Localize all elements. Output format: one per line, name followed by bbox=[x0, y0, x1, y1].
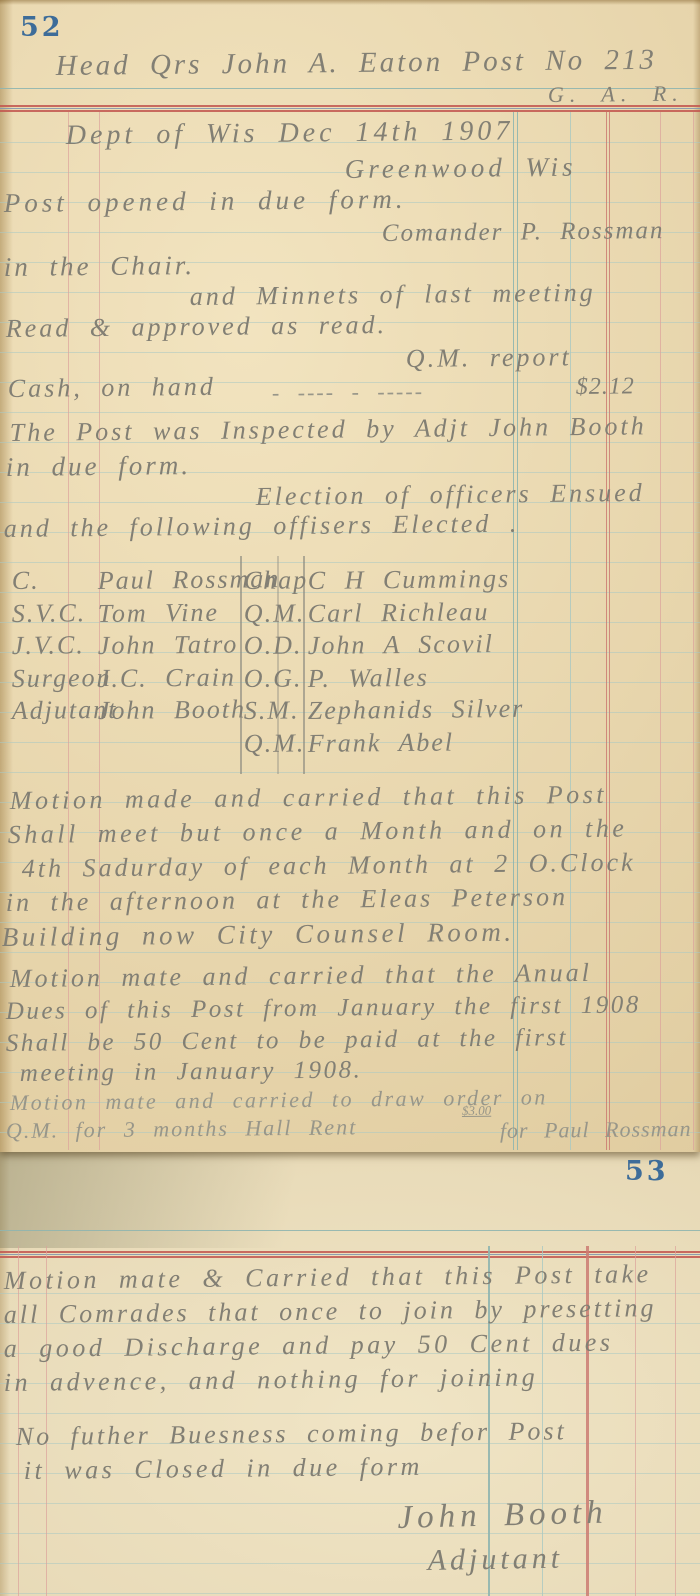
header-title: Head Qrs John A. Eaton Post No 213 bbox=[56, 44, 657, 84]
handwritten-line: Building now City Counsel Room. bbox=[2, 917, 515, 953]
handwritten-line: Dept of Wis Dec 14th 1907 bbox=[66, 115, 514, 152]
handwritten-line: O.D. bbox=[244, 630, 303, 661]
ruled-line bbox=[0, 1593, 700, 1594]
handwritten-line: it was Closed in due form bbox=[24, 1452, 423, 1486]
handwritten-line: meeting in January 1908. bbox=[20, 1056, 363, 1088]
handwritten-line: Adjutant bbox=[427, 1542, 563, 1579]
vertical-rule bbox=[660, 112, 661, 1150]
header-red-band-53 bbox=[0, 1251, 700, 1258]
handwritten-line: S.V.C. bbox=[12, 598, 87, 629]
ledger-scan: 52 53 Head Qrs John A. Eaton Post No 213… bbox=[0, 0, 700, 1596]
handwritten-line: in the afternoon at the Eleas Peterson bbox=[6, 882, 569, 918]
page-number-53: 53 bbox=[625, 1158, 669, 1185]
vertical-rule bbox=[693, 112, 694, 1150]
ruled-line bbox=[0, 562, 700, 563]
ruled-line bbox=[0, 1533, 700, 1534]
page-number-52: 52 bbox=[20, 14, 64, 41]
handwritten-line: Cash, on hand bbox=[8, 372, 216, 404]
handwritten-line: $2.12 bbox=[576, 373, 635, 401]
handwritten-line: Surgeon bbox=[12, 663, 112, 694]
ruled-line bbox=[0, 352, 700, 353]
handwritten-line: C. bbox=[12, 566, 40, 596]
handwritten-line: John A Scovil bbox=[308, 629, 494, 661]
handwritten-line: - ---- - ----- bbox=[272, 378, 424, 405]
handwritten-line: Election of officers Ensued bbox=[256, 478, 645, 512]
handwritten-line: and the following offisers Elected . bbox=[4, 509, 520, 544]
handwritten-line: C H Cummings bbox=[308, 564, 511, 596]
handwritten-line: $3.00 bbox=[462, 1104, 491, 1119]
handwritten-line: in advence, and nothing for joining bbox=[4, 1362, 539, 1397]
handwritten-line: Q.M. bbox=[244, 728, 306, 759]
handwritten-line: Post opened in due form. bbox=[4, 184, 407, 219]
handwritten-line: S.M. bbox=[244, 695, 300, 725]
header-org: G. A. R. bbox=[548, 81, 684, 108]
handwritten-line: John Booth bbox=[397, 1495, 608, 1538]
handwritten-line: John Booth bbox=[98, 694, 246, 725]
handwritten-line: Comander P. Rossman bbox=[382, 217, 665, 249]
handwritten-line: Tom Vine bbox=[98, 598, 219, 629]
handwritten-line: for Paul Rossman bbox=[500, 1116, 692, 1143]
handwritten-line: in due form. bbox=[6, 450, 192, 483]
handwritten-line: J.V.C. bbox=[12, 630, 85, 661]
handwritten-line: Chap bbox=[244, 565, 309, 596]
handwritten-line: No futher Buesness coming befor Post bbox=[16, 1416, 567, 1452]
handwritten-line: Read & approved as read. bbox=[6, 310, 387, 344]
handwritten-line: Carl Richleau bbox=[308, 597, 490, 629]
handwritten-line: Frank Abel bbox=[308, 727, 455, 758]
handwritten-line: Motion mate and carried that the Anual bbox=[10, 958, 592, 994]
handwritten-line: O.G. bbox=[244, 663, 303, 694]
ruled-line bbox=[0, 1413, 700, 1414]
handwritten-line: John Tatro bbox=[98, 630, 239, 661]
ruled-line bbox=[0, 952, 700, 953]
ruled-line bbox=[0, 772, 700, 773]
handwritten-line: Motion made and carried that this Post bbox=[10, 780, 607, 816]
handwritten-line: in the Chair. bbox=[4, 250, 196, 283]
ruled-line bbox=[0, 1563, 700, 1564]
handwritten-line: a good Discharge and pay 50 Cent dues bbox=[4, 1328, 614, 1364]
handwritten-line: Q.M. for 3 months Hall Rent bbox=[6, 1114, 358, 1143]
handwritten-line: and Minnets of last meeting bbox=[190, 278, 596, 312]
vertical-rule bbox=[675, 1246, 676, 1596]
handwritten-line: Greenwood Wis bbox=[345, 152, 577, 185]
handwritten-line: Q.M. bbox=[244, 598, 306, 629]
header-rule-53 bbox=[0, 1230, 700, 1231]
handwritten-line: Zephanids Silver bbox=[308, 694, 525, 726]
handwritten-line: P. Walles bbox=[308, 663, 429, 694]
handwritten-line: Shall be 50 Cent to be paid at the first bbox=[6, 1024, 569, 1059]
handwritten-line: J.C. Crain bbox=[98, 663, 236, 694]
handwritten-line: Q.M. report bbox=[406, 342, 572, 374]
